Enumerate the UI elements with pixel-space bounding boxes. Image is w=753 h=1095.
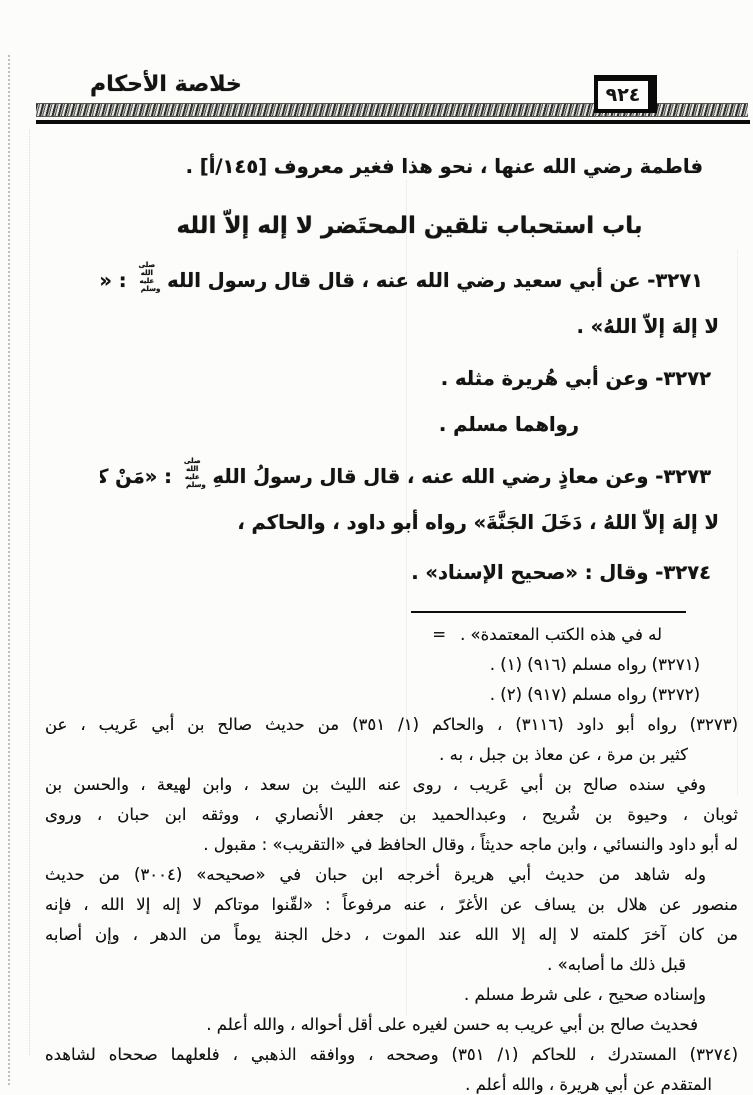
pbuh-symbol: صلى الله عليه وسلم <box>179 457 206 489</box>
footnote-line: وفي سنده صالح بن أبي عَريب ، روى عنه الل… <box>45 770 738 800</box>
footnote-separator <box>411 611 686 613</box>
takhrij-line: رواهما مسلم . <box>100 402 719 448</box>
footnote-line: منصور عن هلال بن يساف عن الأغرّ ، عنه مر… <box>45 890 738 920</box>
pbuh-symbol: صلى الله عليه وسلم <box>133 261 160 293</box>
hadith-3273: ٣٢٧٣- وعن معاذٍ رضي الله عنه ، قال قال ر… <box>100 454 719 546</box>
hadith-3273-line-1: ٣٢٧٣- وعن معاذٍ رضي الله عنه ، قال قال ر… <box>100 454 719 500</box>
book-page: خلاصة الأحكام ٩٢٤ فاطمة رضي الله عنها ، … <box>0 0 753 1095</box>
hadith-3272: ٣٢٧٢- وعن أبي هُريرة مثله . <box>100 356 719 402</box>
footnote-line: (٣٢٧٣) رواه أبو داود (٣١١٦) ، والحاكم (١… <box>45 710 738 740</box>
footnotes-section: له في هذه الكتب المعتمدة» .= (٣٢٧١) رواه… <box>45 611 738 1095</box>
hadith-3274: ٣٢٧٤- وقال : «صحيح الإسناد» . <box>100 550 719 596</box>
book-title: خلاصة الأحكام <box>90 72 242 98</box>
footnote-line: كثير بن مرة ، عن معاذ بن جبل ، به . <box>45 740 738 770</box>
header-rule <box>36 120 750 124</box>
chapter-heading: باب استحباب تلقين المحتَضر لا إله إلاّ ا… <box>100 208 719 244</box>
hadith-3273-line-2: لا إلهَ إلاّ اللهُ ، دَخَلَ الجَنَّةَ» ر… <box>100 500 719 546</box>
footnote-continuation-mark: = <box>432 620 446 650</box>
footnote-line: المتقدم عن أبي هريرة ، والله أعلم . <box>45 1070 738 1095</box>
footnote-line: فحديث صالح بن أبي عريب به حسن لغيره على … <box>45 1010 738 1040</box>
continuation-paragraph: فاطمة رضي الله عنها ، نحو هذا فغير معروف… <box>100 144 719 190</box>
page-header: خلاصة الأحكام ٩٢٤ <box>0 0 753 128</box>
hadith-3271: ٣٢٧١- عن أبي سعيد رضي الله عنه ، قال قال… <box>100 258 719 350</box>
footnote-line: له أبو داود والنسائي ، وابن ماجه حديثاً … <box>45 830 738 860</box>
footnote-line: (٣٢٧٢) رواه مسلم (٩١٧) (٢) . <box>45 680 738 710</box>
footnote-line: (٣٢٧٤) المستدرك ، للحاكم (١/ ٣٥١) وصححه … <box>45 1040 738 1070</box>
footnote-line: (٣٢٧١) رواه مسلم (٩١٦) (١) . <box>45 650 738 680</box>
page-content: فاطمة رضي الله عنها ، نحو هذا فغير معروف… <box>0 144 753 1095</box>
hadith-3271-line-2: لا إلهَ إلاّ اللهُ» . <box>100 304 719 350</box>
body-text: فاطمة رضي الله عنها ، نحو هذا فغير معروف… <box>100 144 719 596</box>
page-number-box: ٩٢٤ <box>594 75 657 113</box>
footnote-line: ثوبان ، وحيوة بن شُريح ، وعبدالحميد بن ج… <box>45 800 738 830</box>
page-number: ٩٢٤ <box>606 84 641 106</box>
hadith-3271-line-1: ٣٢٧١- عن أبي سعيد رضي الله عنه ، قال قال… <box>100 258 719 304</box>
footnote-continuation-line: له في هذه الكتب المعتمدة» .= <box>45 620 738 650</box>
footnote-line: وله شاهد من حديث أبي هريرة أخرجه ابن حبا… <box>45 860 738 890</box>
footnote-line: من كان آخرَ كلمته لا إله إلا الله عند ال… <box>45 920 738 950</box>
footnote-line: قبل ذلك ما أصابه» . <box>45 950 738 980</box>
footnote-continuation-text: له في هذه الكتب المعتمدة» . <box>460 625 662 644</box>
footnote-line: وإسناده صحيح ، على شرط مسلم . <box>45 980 738 1010</box>
